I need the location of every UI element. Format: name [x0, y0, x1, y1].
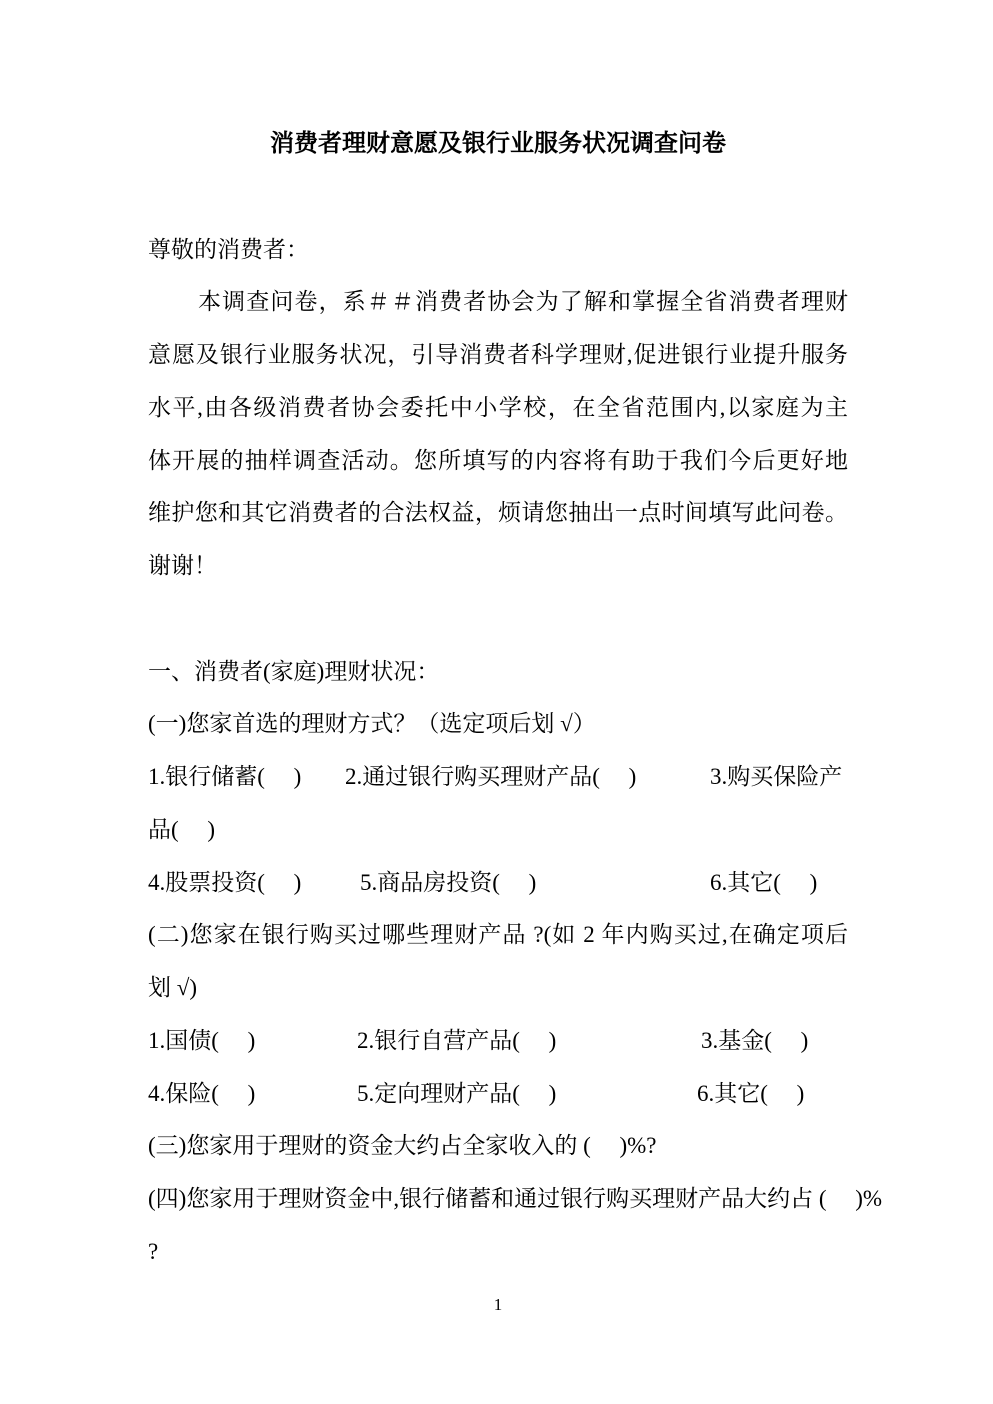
option-other-q2[interactable]: 6.其它( ) [697, 1068, 804, 1121]
question-2-label-line-1: (二)您家在银行购买过哪些理财产品 ?(如 2 年内购买过,在确定项后 [148, 909, 848, 962]
option-bank-wealth-product[interactable]: 2.通过银行购买理财产品( ) [345, 751, 636, 804]
question-1-label: (一)您家首选的理财方式？（选定项后划 √） [148, 698, 848, 751]
question-2-options-row-2: 4.保险( ) 5.定向理财产品( ) 6.其它( ) [148, 1068, 848, 1121]
questionnaire-document-page: 消费者理财意愿及银行业服务状况调查问卷 尊敬的消费者： 本调查问卷，系＃＃消费者… [0, 0, 993, 1404]
option-insurance-part2[interactable]: 品( ) [148, 804, 848, 857]
option-targeted-product[interactable]: 5.定向理财产品( ) [357, 1068, 556, 1121]
intro-line-4: 体开展的抽样调查活动。您所填写的内容将有助于我们今后更好地 [148, 435, 848, 488]
option-other-q1[interactable]: 6.其它( ) [710, 857, 817, 910]
question-2-options-row-1: 1.国债( ) 2.银行自营产品( ) 3.基金( ) [148, 1015, 848, 1068]
option-stock-investment[interactable]: 4.股票投资( ) [148, 857, 301, 910]
option-insurance-part1[interactable]: 3.购买保险产 [710, 751, 842, 804]
option-housing-investment[interactable]: 5.商品房投资( ) [360, 857, 536, 910]
section-one-heading: 一、消费者(家庭)理财状况： [148, 646, 848, 699]
blank-line [148, 593, 848, 646]
intro-line-1: 本调查问卷，系＃＃消费者协会为了解和掌握全省消费者理财 [148, 276, 848, 329]
question-4-label-line-1[interactable]: (四)您家用于理财资金中,银行储蓄和通过银行购买理财产品大约占 ( )% [148, 1173, 848, 1226]
option-bank-savings[interactable]: 1.银行储蓄( ) [148, 751, 301, 804]
question-4-label-line-2: ? [148, 1226, 848, 1279]
question-2-label-line-2: 划 √) [148, 962, 848, 1015]
option-insurance-q2[interactable]: 4.保险( ) [148, 1068, 255, 1121]
option-bank-own-product[interactable]: 2.银行自营产品( ) [357, 1015, 556, 1068]
salutation: 尊敬的消费者： [148, 224, 848, 277]
page-title: 消费者理财意愿及银行业服务状况调查问卷 [148, 118, 848, 171]
document-body: 消费者理财意愿及银行业服务状况调查问卷 尊敬的消费者： 本调查问卷，系＃＃消费者… [148, 118, 848, 1331]
intro-line-5: 维护您和其它消费者的合法权益，烦请您抽出一点时间填写此问卷。 [148, 487, 848, 540]
question-1-options-row-1: 1.银行储蓄( ) 2.通过银行购买理财产品( ) 3.购买保险产 [148, 751, 848, 804]
blank-line [148, 171, 848, 224]
page-number: 1 [148, 1279, 848, 1332]
intro-line-2: 意愿及银行业服务状况，引导消费者科学理财,促进银行业提升服务 [148, 329, 848, 382]
intro-line-3: 水平,由各级消费者协会委托中小学校，在全省范围内,以家庭为主 [148, 382, 848, 435]
question-3-label[interactable]: (三)您家用于理财的资金大约占全家收入的 ( )%? [148, 1120, 848, 1173]
option-fund[interactable]: 3.基金( ) [701, 1015, 808, 1068]
intro-line-thanks: 谢谢！ [148, 540, 848, 593]
option-treasury-bond[interactable]: 1.国债( ) [148, 1015, 255, 1068]
question-1-options-row-2: 4.股票投资( ) 5.商品房投资( ) 6.其它( ) [148, 857, 848, 910]
